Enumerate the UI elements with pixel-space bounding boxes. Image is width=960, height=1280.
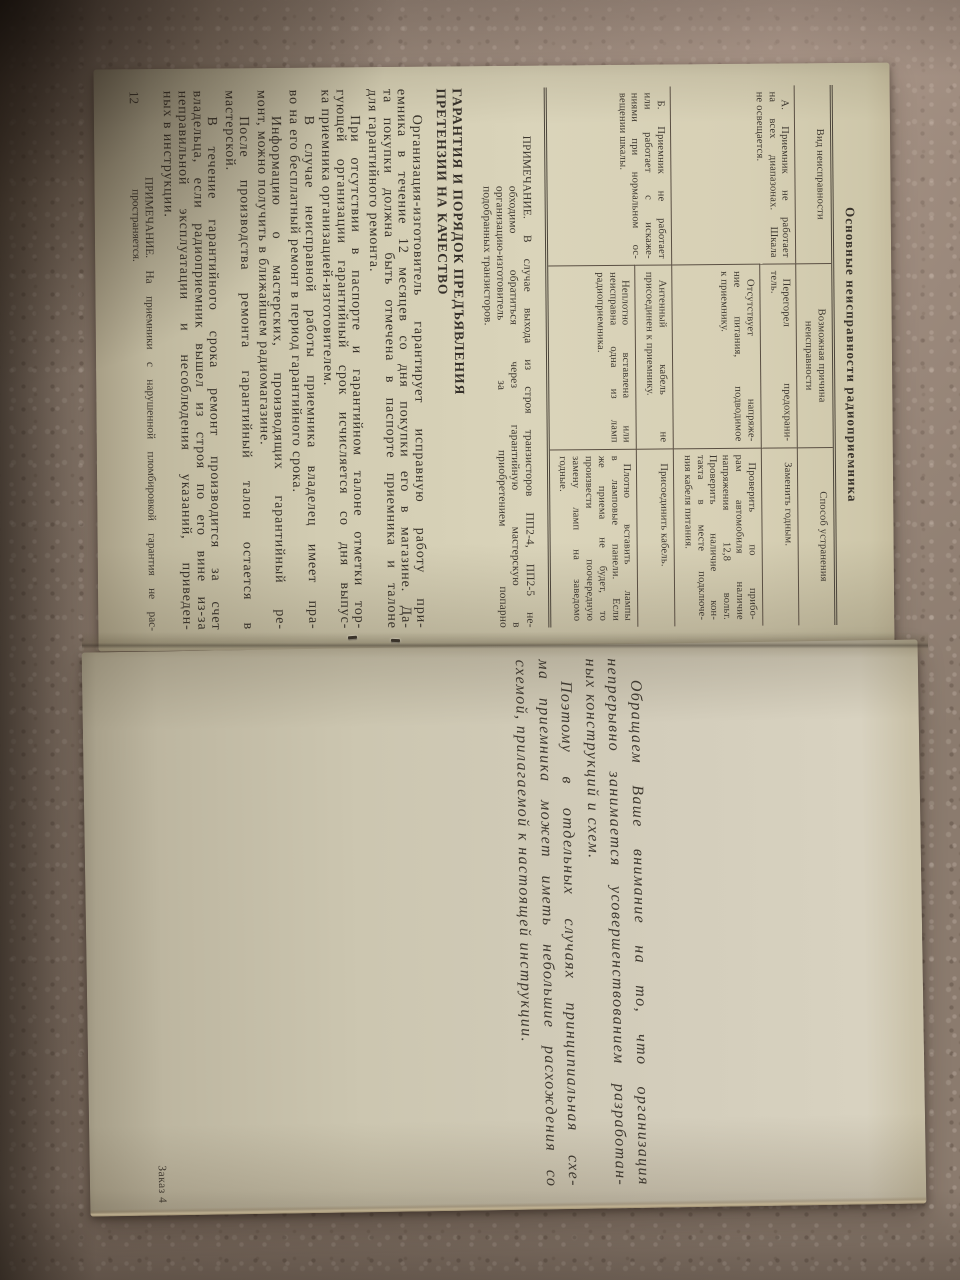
table-header-possible-cause: Возможная причинанеисправности bbox=[796, 263, 833, 447]
text-line: присоединен к приемнику. bbox=[642, 272, 656, 443]
remedy-cell-b1: Присоединить кабель. bbox=[637, 448, 675, 627]
text-line: ние питания, подводимое bbox=[729, 271, 743, 442]
fault-cell-a: А. Приемник не работаетна всех диапазона… bbox=[671, 85, 796, 264]
paragraph: В случае неисправной работы приемника вл… bbox=[285, 90, 319, 630]
text-line: к приемнику. bbox=[717, 271, 731, 442]
text-line: ния кабеля питания. bbox=[680, 455, 694, 620]
table-header-remedy: Способ устранения bbox=[797, 447, 834, 625]
left-page-text-block: Основные неисправности радиоприемника Ви… bbox=[127, 85, 894, 632]
text-line: на всех диапазонах. Шкала bbox=[765, 92, 779, 258]
table-note: ПРИМЕЧАНИЕ. В случае выхода из строя тра… bbox=[479, 186, 536, 628]
text-line: неисправна одна из ламп bbox=[605, 272, 619, 443]
text-line: Плотно вставить лампы bbox=[620, 456, 634, 621]
paragraph: Обращаем Ваше внимание на то, что органи… bbox=[578, 658, 654, 1187]
text-line: Заменить годным. bbox=[780, 454, 794, 619]
paragraph: При отсутствии в паспорте и гарантийном … bbox=[317, 89, 365, 629]
warranty-paragraphs: Организация-изготовитель гарантирует исп… bbox=[159, 89, 427, 631]
section-title: ГАРАНТИЯ И ПОРЯДОК ПРЕДЪЯВЛЕНИЯПРЕТЕНЗИИ… bbox=[432, 88, 469, 628]
remedy-cell-b2: Плотно вставить лампыв ламповые панели. … bbox=[549, 449, 638, 628]
text-line: произвести поочередную bbox=[581, 456, 595, 621]
text-line: годные. bbox=[556, 456, 570, 621]
remedy-cell-a2: Проверить по прибо-рам автомобиля наличи… bbox=[674, 447, 763, 626]
table-title: Основные неисправности радиоприемника bbox=[841, 85, 862, 625]
text-line: в ламповые панели. Если bbox=[607, 456, 621, 621]
cause-cell-a2: Отсутствует напряже-ние питания, подводи… bbox=[672, 264, 761, 448]
left-page-readable-content: Основные неисправности радиоприемника Ви… bbox=[93, 63, 894, 652]
text-line: А. Приемник не работает bbox=[777, 91, 791, 257]
staple-icon bbox=[391, 639, 400, 642]
print-order-mark: Заказ 4 bbox=[156, 1165, 169, 1203]
text-line: или работает с искаже- bbox=[640, 93, 654, 259]
text-line: Проверить наличие кон- bbox=[705, 455, 719, 620]
staple-icon bbox=[348, 636, 357, 640]
cause-cell-b1: Антенный кабель неприсоединен к приемник… bbox=[636, 265, 674, 449]
photo-scene: Основные неисправности радиоприемника Ви… bbox=[0, 0, 960, 1280]
text-line: Отсутствует напряже- bbox=[742, 271, 756, 442]
cause-cell-a1: Перегорел предохрани-тель. bbox=[760, 264, 797, 448]
faults-table: Вид неисправности Возможная причинанеисп… bbox=[543, 85, 837, 628]
paragraph: После производства ремонта гарантийный т… bbox=[221, 90, 255, 630]
text-line: же приема не будет, то bbox=[594, 456, 608, 621]
notice-text-block: Обращаем Ваше внимание на то, что органи… bbox=[507, 658, 654, 1188]
text-line: Б. Приемник не работает bbox=[653, 92, 667, 258]
text-line: Присоединить кабель. bbox=[656, 455, 670, 620]
text-line: Вид неисправности bbox=[812, 87, 826, 261]
footnote: 12 ПРИМЕЧАНИЕ. На приемники с нарушенной… bbox=[128, 189, 158, 631]
table-header-fault-type: Вид неисправности bbox=[794, 85, 831, 263]
right-page: Обращаем Ваше внимание на то, что органи… bbox=[82, 639, 927, 1216]
remedy-cell-a1: Заменить годным. bbox=[762, 447, 799, 625]
text-line: Антенный кабель не bbox=[654, 272, 668, 443]
text-line: Проверить по прибо- bbox=[744, 454, 758, 619]
text-line: не освещается. bbox=[752, 92, 766, 258]
fault-cell-b: Б. Приемник не работаетили работает с ис… bbox=[546, 86, 672, 265]
text-line: такта в месте подключе- bbox=[693, 455, 707, 620]
text-line: вещении шкалы. bbox=[615, 93, 629, 259]
cause-cell-b2: Неплотно вставлена илинеисправна одна из… bbox=[548, 265, 637, 449]
left-page: Основные неисправности радиоприемника Ви… bbox=[93, 63, 894, 652]
text-line: Способ устранения bbox=[815, 450, 829, 623]
text-line: Возможная причина bbox=[813, 266, 827, 445]
text-line: неисправности bbox=[801, 266, 815, 445]
text-line: ниями при нормальном ос- bbox=[627, 93, 641, 259]
paragraph: В течение гарантийного срока ремонт прои… bbox=[159, 90, 222, 630]
text-line: тель. bbox=[766, 271, 780, 442]
text-line: напряжения 12,8 вольт. bbox=[718, 455, 732, 620]
text-line: Перегорел предохрани- bbox=[779, 271, 793, 442]
page-number: 12 bbox=[127, 91, 140, 104]
text-line: Неплотно вставлена или bbox=[618, 272, 632, 443]
paragraph: Поэтому в отдельных случаях принципиальн… bbox=[509, 659, 585, 1188]
right-page-readable-content: Обращаем Ваше внимание на то, что органи… bbox=[82, 639, 927, 1216]
text-line: рам автомобиля наличие bbox=[731, 455, 745, 620]
text-line: замену ламп на заведомо bbox=[568, 456, 582, 621]
paragraph: Информацию о мастерских, производящих га… bbox=[253, 90, 287, 630]
text-line: радиоприемника. bbox=[592, 272, 606, 443]
paragraph: Организация-изготовитель гарантирует исп… bbox=[364, 89, 427, 629]
